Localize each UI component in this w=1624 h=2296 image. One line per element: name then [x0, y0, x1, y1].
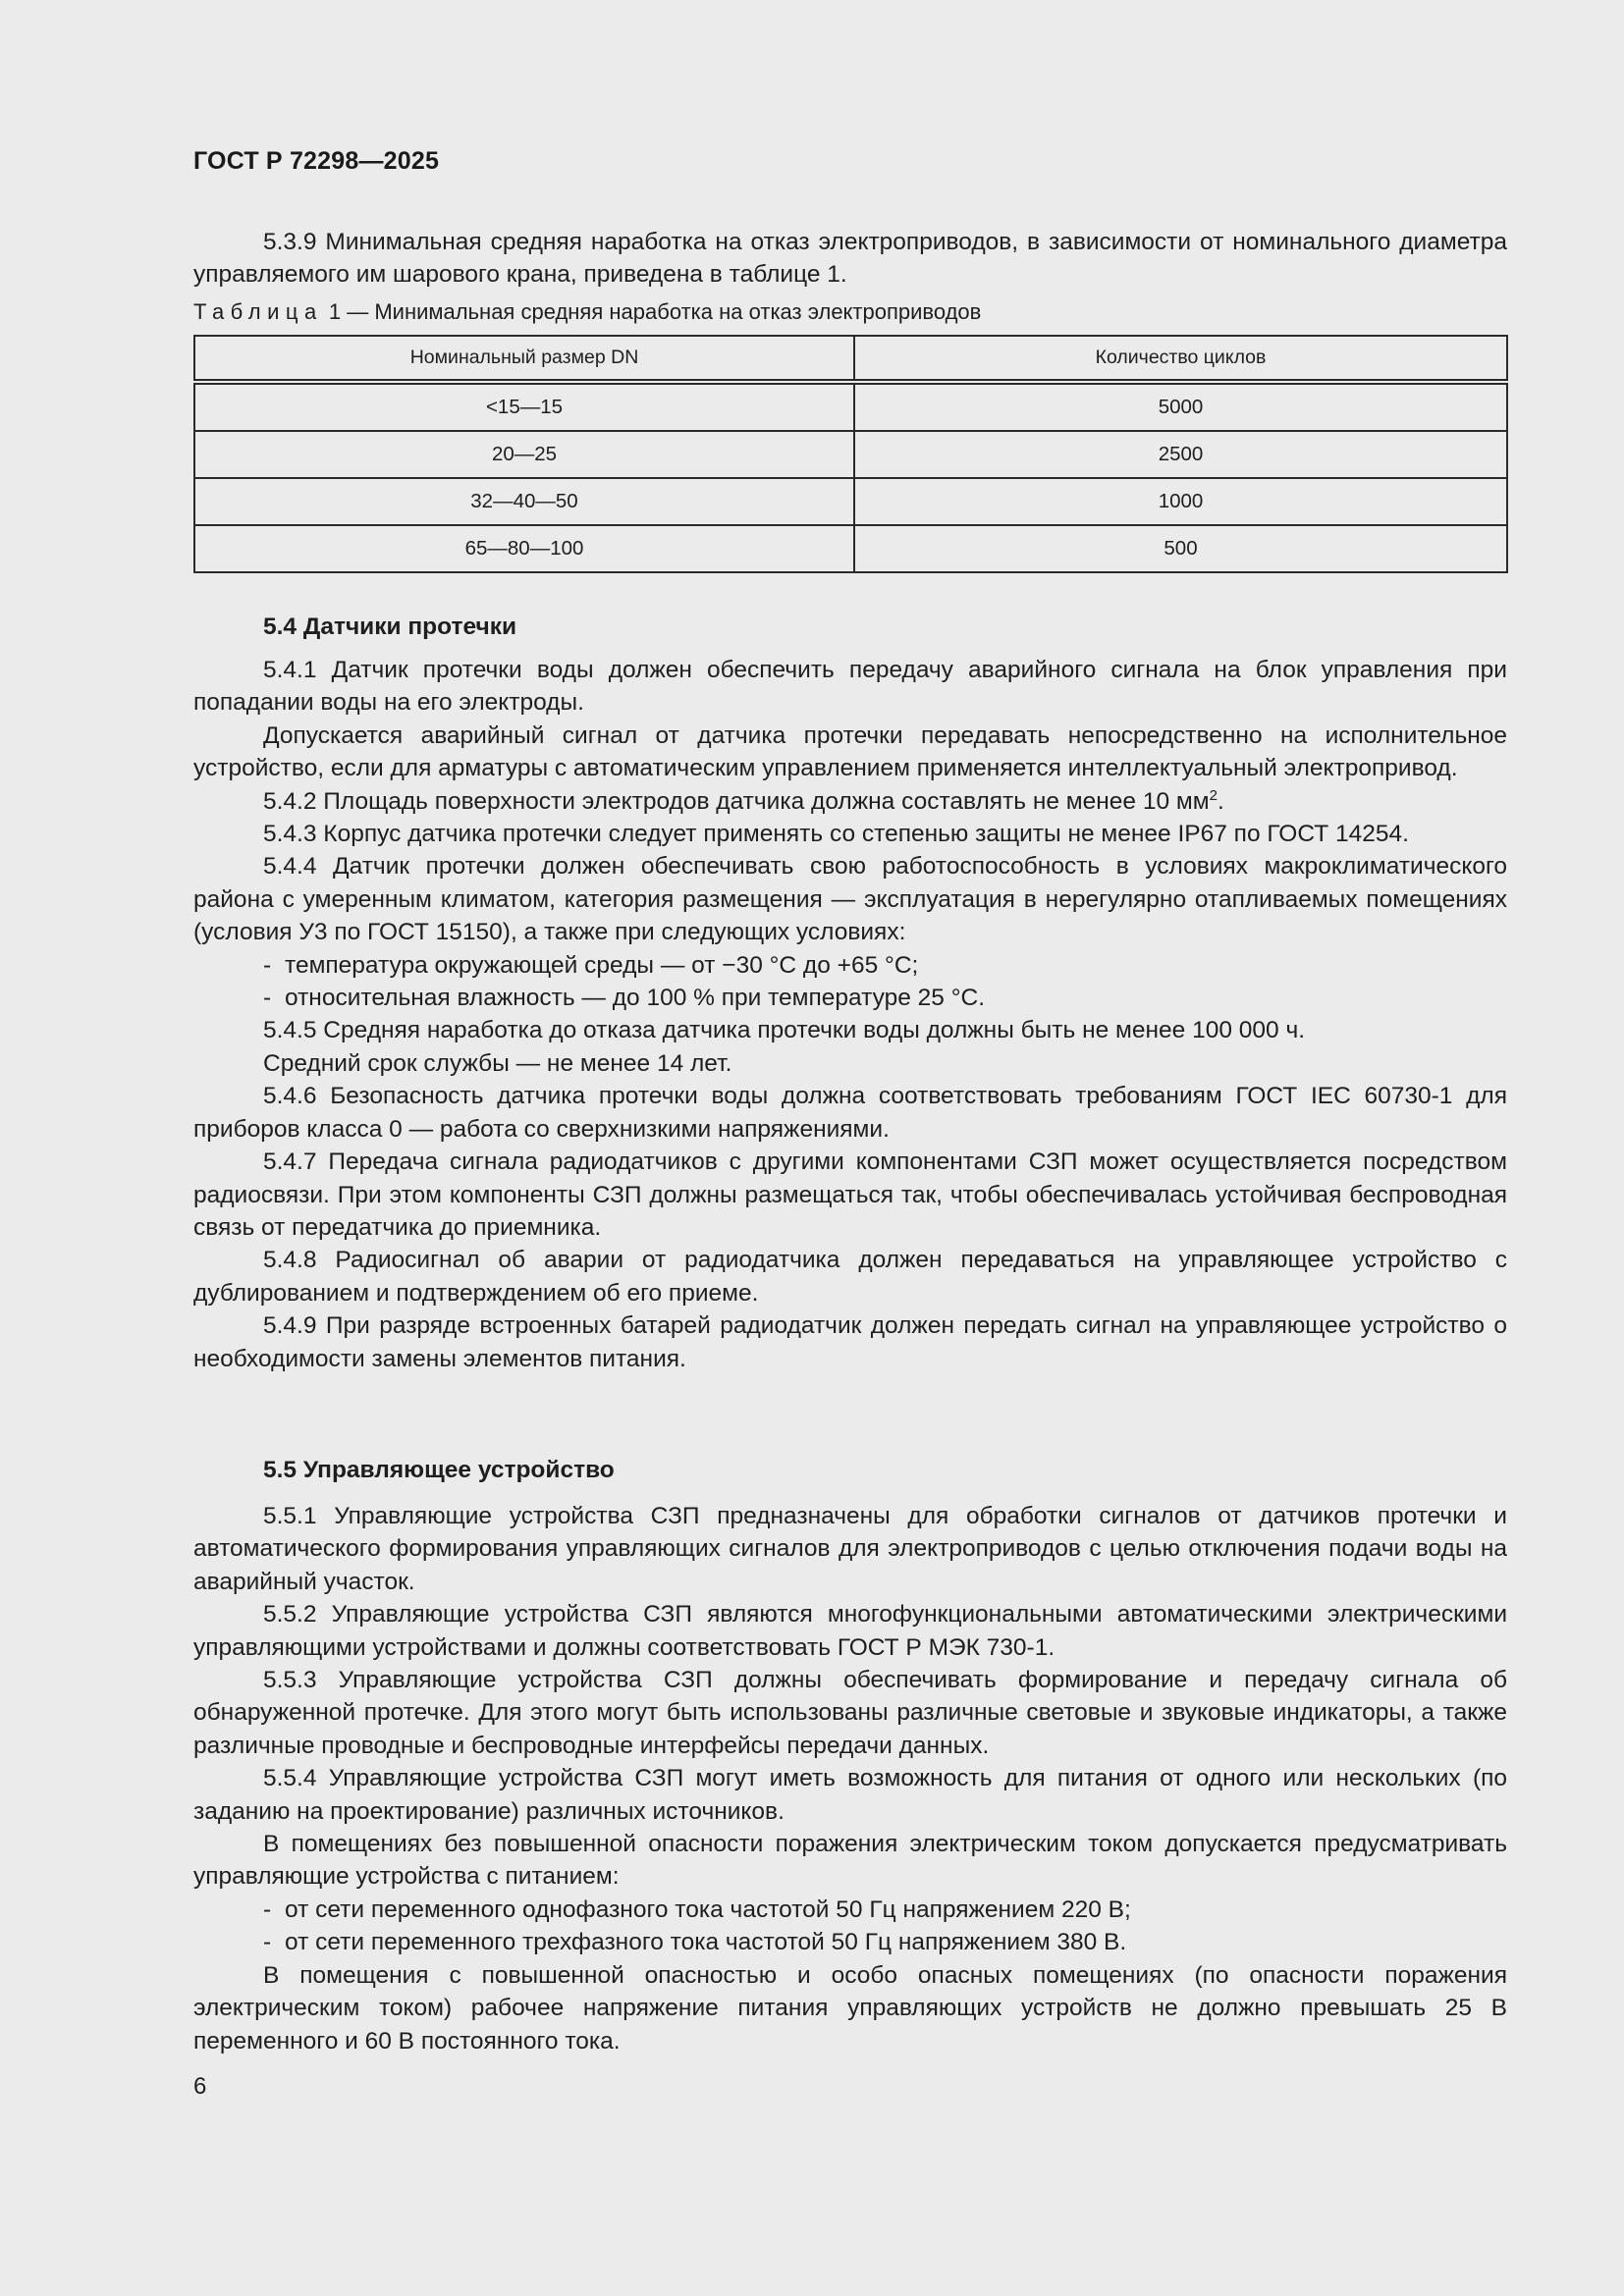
cell-cycles: 1000	[854, 478, 1507, 525]
paragraph-5-4-6: 5.4.6 Безопасность датчика протечки воды…	[193, 1080, 1507, 1146]
paragraph-5-5-1: 5.5.1 Управляющие устройства СЗП предназ…	[193, 1500, 1507, 1598]
table-caption-label: Таблица	[193, 299, 323, 324]
paragraph-5-4-2: 5.4.2 Площадь поверхности электродов дат…	[193, 785, 1507, 818]
document-header: ГОСТ Р 72298—2025	[193, 147, 439, 176]
column-header-cycles: Количество циклов	[854, 336, 1507, 382]
table-row: 20—25 2500	[194, 431, 1507, 478]
paragraph-5-5-4c: В помещения с повышенной опасностью и ос…	[193, 1959, 1507, 2057]
paragraph-5-4-9: 5.4.9 При разряде встроенных батарей рад…	[193, 1309, 1507, 1375]
paragraph-5-5-4: 5.5.4 Управляющие устройства СЗП могут и…	[193, 1762, 1507, 1828]
list-item: -от сети переменного трехфазного тока ча…	[193, 1926, 1507, 1958]
cell-cycles: 500	[854, 525, 1507, 572]
paragraph-5-4-3: 5.4.3 Корпус датчика протечки следует пр…	[193, 818, 1507, 850]
section-heading-5-4: 5.4 Датчики протечки	[193, 611, 1507, 643]
cell-dn: <15—15	[194, 382, 854, 431]
cell-cycles: 2500	[854, 431, 1507, 478]
cell-cycles: 5000	[854, 382, 1507, 431]
list-item: -от сети переменного однофазного тока ча…	[193, 1894, 1507, 1926]
paragraph-5-5-4b: В помещениях без повышенной опасности по…	[193, 1828, 1507, 1894]
table-row: 32—40—50 1000	[194, 478, 1507, 525]
paragraph-5-3-9: 5.3.9 Минимальная средняя наработка на о…	[193, 226, 1507, 292]
section-heading-5-5: 5.5 Управляющее устройство	[193, 1454, 1507, 1486]
paragraph-5-4-4: 5.4.4 Датчик протечки должен обеспечиват…	[193, 850, 1507, 948]
paragraph-5-4-5: 5.4.5 Средняя наработка до отказа датчик…	[193, 1014, 1507, 1046]
list-item: -температура окружающей среды — от −30 °…	[193, 949, 1507, 982]
paragraph-5-4-1b: Допускается аварийный сигнал от датчика …	[193, 720, 1507, 785]
paragraph-5-4-5b: Средний срок службы — не менее 14 лет.	[193, 1047, 1507, 1080]
paragraph-5-4-7: 5.4.7 Передача сигнала радиодатчиков с д…	[193, 1146, 1507, 1244]
section-5-4: 5.4 Датчики протечки 5.4.1 Датчик протеч…	[193, 611, 1507, 1375]
section-5-5: 5.5 Управляющее устройство 5.5.1 Управля…	[193, 1454, 1507, 2057]
table-row: <15—15 5000	[194, 382, 1507, 431]
table-1: Номинальный размер DN Количество циклов …	[193, 335, 1508, 573]
paragraph-5-4-8: 5.4.8 Радиосигнал об аварии от радиодатч…	[193, 1244, 1507, 1309]
table-caption-text: 1 — Минимальная средняя наработка на отк…	[323, 299, 982, 324]
table-header-row: Номинальный размер DN Количество циклов	[194, 336, 1507, 382]
cell-dn: 20—25	[194, 431, 854, 478]
page-number: 6	[193, 2073, 206, 2101]
paragraph-5-5-2: 5.5.2 Управляющие устройства СЗП являютс…	[193, 1598, 1507, 1664]
cell-dn: 32—40—50	[194, 478, 854, 525]
section-5-3-9: 5.3.9 Минимальная средняя наработка на о…	[193, 226, 1507, 573]
paragraph-5-5-3: 5.5.3 Управляющие устройства СЗП должны …	[193, 1664, 1507, 1762]
paragraph-5-4-1: 5.4.1 Датчик протечки воды должен обеспе…	[193, 654, 1507, 720]
table-row: 65—80—100 500	[194, 525, 1507, 572]
table-caption: Таблица 1 — Минимальная средняя наработк…	[193, 297, 1507, 327]
list-item: -относительная влажность — до 100 % при …	[193, 982, 1507, 1014]
superscript: 2	[1210, 787, 1218, 804]
cell-dn: 65—80—100	[194, 525, 854, 572]
column-header-dn: Номинальный размер DN	[194, 336, 854, 382]
